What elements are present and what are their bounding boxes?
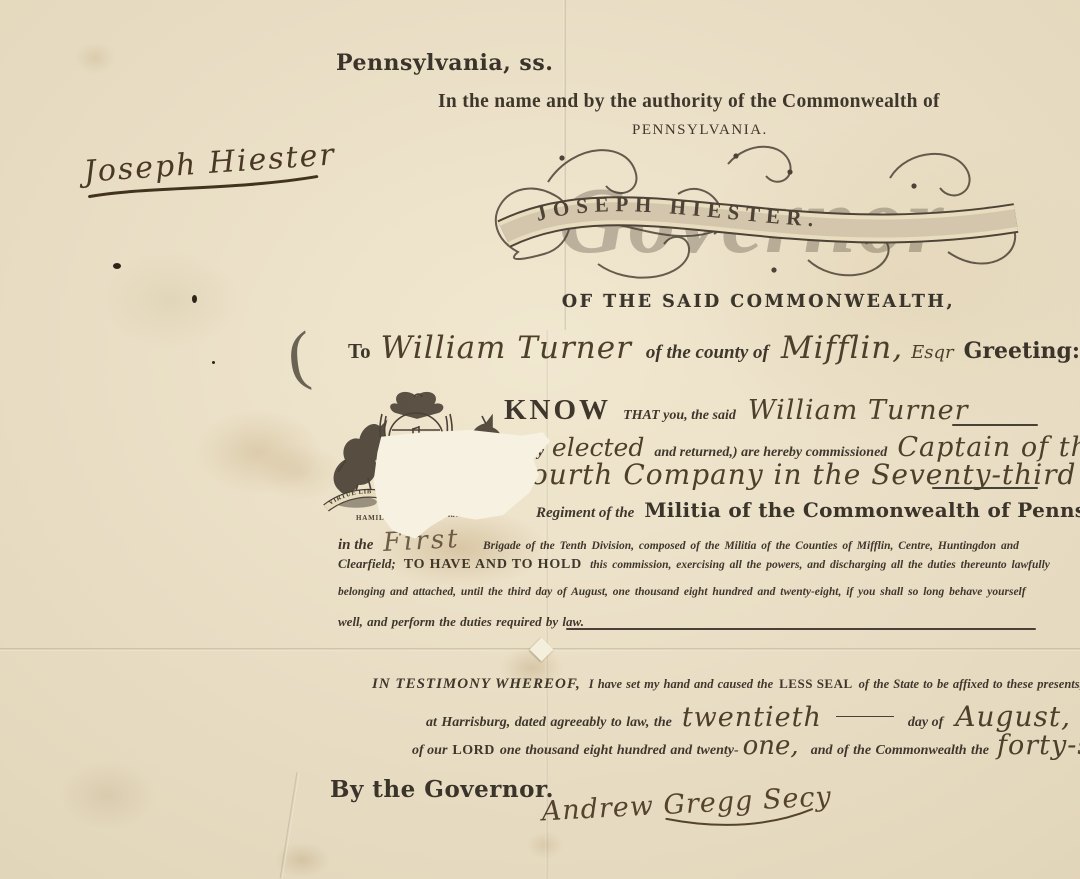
that-you-said: THAT you, the said <box>623 408 736 424</box>
day-of-label: day of <box>908 715 943 731</box>
brigade-line: in the First Brigade of the Tenth Divisi… <box>338 526 1019 556</box>
affixed-presents-text: of the State to be affixed to these pres… <box>859 677 1080 692</box>
salutation-to: To <box>348 339 371 364</box>
by-the-governor: By the Governor. <box>330 776 554 803</box>
belonging-line: belonging and attached, until the third … <box>338 586 1026 598</box>
commission-powers-text: this commission, exercising all the powe… <box>590 559 1050 571</box>
know-line: KNOW THAT you, the said William Turner <box>504 394 969 427</box>
well-duties-line: well, and perform the duties required by… <box>338 614 584 630</box>
militia-commonwealth: Militia of the Commonwealth of Pennsylva… <box>644 498 1080 522</box>
year-spelled-text: one thousand eight hundred and twenty- <box>500 743 739 759</box>
know-word: KNOW <box>504 394 611 427</box>
fill-dash <box>932 487 1038 489</box>
testimony-line-2: at Harrisburg, dated agreeably to law, t… <box>426 700 1080 733</box>
testimony-line-1: IN TESTIMONY WHEREOF, I have set my hand… <box>372 676 1080 693</box>
place-label: Pennsylvania, ss. <box>336 50 553 76</box>
clearfield-word: Clearfield; <box>338 556 396 572</box>
brigade-division-text: Brigade of the Tenth Division, composed … <box>483 540 1019 552</box>
hand-caused-text: I have set my hand and caused the <box>589 677 773 692</box>
fold-hole <box>529 637 553 661</box>
commissioned-name: William Turner <box>748 395 969 426</box>
recipient-name: William Turner <box>381 330 632 366</box>
commission-document: Pennsylvania, ss. In the name and by the… <box>0 0 1080 879</box>
greeting-word: Greeting: <box>964 338 1080 364</box>
authority-line: In the name and by the authority of the … <box>438 91 940 113</box>
governor-engraving-banner: Governor JOSEPH HIESTER. <box>478 134 1026 296</box>
ink-speck <box>192 295 197 303</box>
esquire-abbrev: Esqr <box>911 342 954 363</box>
in-the-label: in the <box>338 537 373 554</box>
county-name: Mifflin, <box>781 330 903 366</box>
regiment-line: Regiment of the Militia of the Commonwea… <box>536 498 1080 522</box>
commonwealth-year-handwritten: forty-sixth. <box>997 730 1080 761</box>
harrisburg-dated-text: at Harrisburg, dated agreeably to law, t… <box>426 715 672 731</box>
year-handwritten: one, <box>743 731 799 761</box>
fill-dash <box>836 716 894 718</box>
opening-paren-flourish: ( <box>284 317 314 395</box>
less-seal-caps: LESS SEAL <box>779 676 853 692</box>
in-testimony-whereof: IN TESTIMONY WHEREOF, <box>372 676 581 693</box>
regiment-of-the: Regiment of the <box>536 505 634 522</box>
diagonal-crease-bottom-left <box>280 772 300 878</box>
fill-dash <box>952 424 1038 426</box>
commonwealth-year-label: and of the Commonwealth the <box>811 743 989 759</box>
blank-fill-rule <box>566 628 1036 630</box>
secretary-signature-block: Andrew Gregg Secy <box>541 780 863 842</box>
day-handwritten: twentieth <box>682 702 822 733</box>
ink-speck <box>113 263 121 269</box>
lord-caps: LORD <box>452 743 494 759</box>
salutation-line: To William Turner of the county of Miffl… <box>348 330 1080 366</box>
have-hold-line: Clearfield; TO HAVE AND TO HOLD this com… <box>338 556 1050 573</box>
of-county-label: of the county of <box>646 342 769 364</box>
of-our-label: of our <box>412 743 447 759</box>
testimony-line-3: of our LORD one thousand eight hundred a… <box>412 730 1080 761</box>
have-hold-caps: TO HAVE AND TO HOLD <box>404 557 582 573</box>
governor-signature-block: Joseph Hiester <box>83 137 338 201</box>
banner-subtitle: OF THE SAID COMMONWEALTH, <box>562 292 955 312</box>
month-handwritten: August, <box>955 700 1071 733</box>
ink-speck <box>212 361 215 364</box>
